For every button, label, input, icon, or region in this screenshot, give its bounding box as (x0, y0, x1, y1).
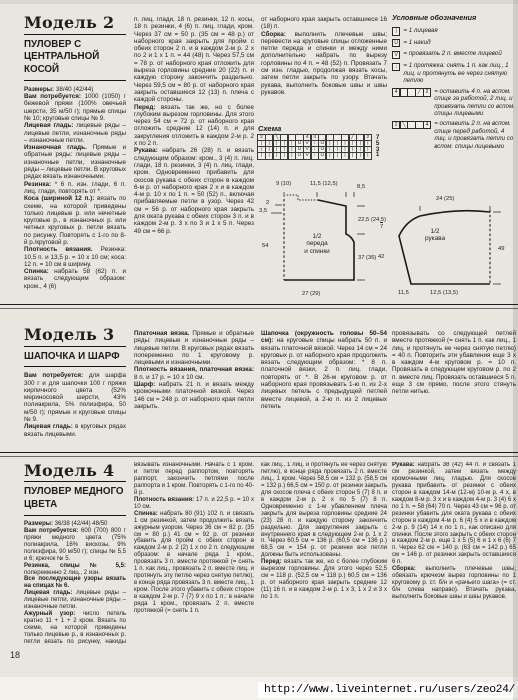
section-divider-1 (0, 304, 518, 309)
paragraph-text: п. лиц. глади, 18 п. резинки, 12 п. косы… (134, 16, 254, 103)
legend-item: ↓= 1 протяжка: снять 1 п. как лиц., 1 ли… (392, 62, 516, 84)
model-4-col-1-text: Размеры: 36/38 (42/44) 48/50Вам потребуе… (24, 521, 126, 644)
paragraph-text: провязывать со следующей петлей вместе п… (392, 330, 516, 395)
model-3-column-2: Платочная вязка. Прямые и обратные ряды:… (134, 330, 254, 448)
legend-item: 2╲4= оставить 2 п. на вспом. спице перед… (392, 120, 516, 150)
paragraph-text: 8 п. и 17 р. = 10 х 10 см. (134, 374, 204, 381)
paragraph-text: вязать так же, но с более глубоким вырез… (134, 104, 254, 147)
paragraph: Лицевая гладь: в круговых рядах вязать л… (24, 423, 126, 438)
paragraph-lead: Резинка: (24, 181, 55, 188)
stitch-symbol-icon: | (392, 27, 400, 35)
paragraph: Лицевая гладь: лицевые ряды – лицевые пе… (24, 590, 126, 611)
paragraph-lead: Сборка: (261, 31, 295, 38)
chart-grid: 2╲44╱27|||||UV↓U||||||5|||||UV↓U||||||3|… (258, 135, 378, 158)
paragraph: Вам потребуется: для шарфа 300 г и для ш… (24, 372, 126, 423)
paragraph-lead: Рукава: (392, 462, 417, 468)
sleeve-label-2: рукава (410, 235, 460, 242)
paragraph-lead: Размеры: (24, 521, 55, 527)
page-number: 18 (10, 650, 20, 660)
paragraph: Плотность вязания. Резинка: 10,5 п. и 13… (24, 246, 126, 268)
legend-item: 4╱2= оставить 4 п. на вспом. спице за ра… (392, 88, 516, 118)
paragraph: Резинка: * 6 п. изн. глади, 6 п. лиц. гл… (24, 181, 126, 196)
symbol-cell: V (392, 51, 400, 59)
sleeve-label: 1/2 рукава (410, 228, 460, 243)
dim-sleeve-top: 24 (25) (436, 196, 454, 202)
paragraph-lead: Сборка: (392, 566, 425, 572)
paragraph: Вам потребуется: 1000 (1050) г бежевой п… (24, 93, 126, 122)
paragraph-text: выполнить плечевые швы; перевести на кру… (261, 31, 387, 96)
model-3-col-1-text: Вам потребуется: для шарфа 300 г и для ш… (24, 372, 126, 438)
chart-row: |||||UV↓U||||||1 (258, 152, 378, 158)
symbol-cell: ↓ (392, 63, 400, 71)
paragraph-text: как лиц., 1 лиц. и протянуть ее через сн… (261, 462, 387, 558)
stitch-symbol-icon: U (392, 39, 400, 47)
source-url[interactable]: http://www.liveinternet.ru/users/zeo24/ (258, 682, 518, 698)
stitch-symbol-icon: 4╱2 (392, 88, 431, 96)
model-4-column-2: вязывать изнаночными. Начать с 1 кром. и… (134, 462, 254, 674)
chart-label: Схема (258, 124, 378, 133)
paragraph-lead: Все последующие узоры вязать на спицах №… (24, 576, 126, 589)
dim-sleeve-cap: 7 (380, 222, 383, 230)
model-2-column-1: Модель 2 ПУЛОВЕР С ЦЕНТРАЛЬНОЙ КОСОЙ Раз… (24, 14, 126, 302)
paragraph-lead: Платочная вязка. (134, 330, 192, 337)
paragraph-lead: Вам потребуется: (24, 528, 81, 534)
paragraph: Плотность вязания: 17 п. и 22,5 р. = 10 … (134, 497, 254, 511)
diagram-sleeve: 24 (25) 7 42 49 11,5 12,5 (13,5) 1/2 рук… (372, 196, 518, 300)
paragraph: Перед: вязать так же, но с более глубоки… (261, 559, 387, 601)
model-3-column-3: Шапочка (окружность головы 50–54 см): на… (261, 330, 387, 448)
paragraph-text: на круговые спицы набрать 50 п. и вязать… (261, 337, 387, 410)
paragraph-text: набрать 80 (91) 102 п. и связать 1 см ре… (134, 511, 254, 614)
dim-front-top-right: 8,5 (357, 184, 365, 190)
symbol-cell: 4 (423, 121, 431, 129)
model-2-col-1-text: Размеры: 38/40 (42/44)Вам потребуется: 1… (24, 86, 126, 290)
paragraph: Шапочка (окружность головы 50–54 см): на… (261, 330, 387, 410)
paragraph-lead: Лицевая гладь: (24, 423, 75, 430)
paragraph-text: попеременно 2 лиц., 2 изн. (24, 570, 100, 576)
paragraph-lead: Размеры: (24, 86, 56, 93)
legend-item: |= 1 лицевая (392, 27, 516, 36)
section-divider-2 (0, 452, 518, 457)
symbol-cell: U (392, 39, 400, 47)
model-4-column-3: как лиц., 1 лиц. и протянуть ее через сн… (261, 462, 387, 674)
front-label-3: и спинки (288, 248, 346, 255)
paragraph-lead: Вам потребуется: (24, 93, 84, 100)
paragraph: Платочная вязка. Прямые и обратные ряды:… (134, 330, 254, 366)
chart-row-number: 1 (376, 152, 379, 158)
paragraph: Перед: вязать так же, но с более глубоки… (134, 104, 254, 148)
cable-chart: Схема 2╲44╱27|||||UV↓U||||||5|||||UV↓U||… (258, 124, 378, 158)
model-2-title: Модель 2 (24, 14, 126, 35)
paragraph: Вам потребуется: 600 (700) 800 г пряжи м… (24, 528, 126, 563)
stitch-legend: Условные обозначения |= 1 лицеваяU= 1 на… (392, 14, 516, 174)
legend-text: = оставить 2 п. на вспом. спице перед ра… (434, 120, 516, 150)
paragraph: Все последующие узоры вязать на спицах №… (24, 576, 126, 590)
paragraph: Ажурный узор: число петель кратно 11 + 1… (24, 611, 126, 644)
magazine-page: Модель 2 ПУЛОВЕР С ЦЕНТРАЛЬНОЙ КОСОЙ Раз… (0, 0, 518, 700)
paragraph: Коса (шириной 12 п.): вязать по схеме, н… (24, 195, 126, 246)
chart-cell: | (364, 152, 372, 160)
paragraph-lead: Вам потребуется: (24, 372, 89, 379)
paragraph-text: 36/38 (42/44) 48/50 (55, 521, 108, 527)
legend-text: = 1 накид (403, 39, 430, 46)
paragraph-text: для шарфа 300 г и для шапочки 100 г пряж… (24, 372, 126, 423)
model-2-column-2: п. лиц. глади, 18 п. резинки, 12 п. косы… (134, 16, 254, 300)
model-4-column-1: Модель 4 ПУЛОВЕР МЕДНОГО ЦВЕТА Размеры: … (24, 462, 126, 644)
model-3-column-4: провязывать со следующей петлей вместе п… (392, 330, 516, 448)
paragraph-text: вязать по схеме, на которой приведены то… (24, 195, 126, 246)
paragraph-text: от наборного края закрыть оставшиеся 16 … (261, 16, 387, 30)
legend-item: U= 1 накид (392, 39, 516, 48)
paragraph-lead: Плотность вязания, платочная вязка: (134, 366, 254, 373)
paragraph-lead: Ажурный узор: (24, 611, 83, 617)
stitch-symbol-icon: ↓ (392, 63, 400, 71)
paragraph: п. лиц. глади, 18 п. резинки, 12 п. косы… (134, 16, 254, 104)
dim-front-top-mid: 11,5 (12,5) (310, 181, 338, 187)
legend-text: = 1 протяжка: снять 1 п. как лиц., 1 лиц… (403, 62, 516, 84)
model-2-subtitle: ПУЛОВЕР С ЦЕНТРАЛЬНОЙ КОСОЙ (24, 39, 126, 81)
legend-text: = провязать 2 п. вместе лицевой (403, 50, 501, 57)
legend-item: V= провязать 2 п. вместе лицевой (392, 50, 516, 59)
front-back-label: 1/2 переда и спинки (288, 233, 346, 255)
dim-front-top-left: 9 (10) (276, 181, 291, 187)
paragraph-text: набрать 38 (42) 44 п. и связать 1 см рез… (392, 462, 516, 565)
symbol-cell: 2 (423, 88, 431, 96)
paragraph: Спинка: набрать 58 (62) п. и вязать след… (24, 268, 126, 290)
model-3-column-1: Модель 3 ШАПОЧКА И ШАРФ Вам потребуется:… (24, 326, 126, 448)
paragraph-lead: Плотность вязания. (24, 246, 101, 253)
model-3-title: Модель 3 (24, 326, 126, 347)
paragraph: Размеры: 36/38 (42/44) 48/50 (24, 521, 126, 528)
paragraph: Шарф: набрать 21 п. и вязать между кромо… (134, 381, 254, 410)
legend-text: = 1 лицевая (403, 27, 437, 34)
paragraph-lead: Лицевая гладь: (24, 122, 76, 129)
dim-front-shoulder-drop: 3,5 (259, 208, 267, 214)
model-4-column-4: Рукава: набрать 38 (42) 44 п. и связать … (392, 462, 516, 674)
model-4-subtitle: ПУЛОВЕР МЕДНОГО ЦВЕТА (24, 486, 126, 515)
paragraph: Спинка: набрать 80 (91) 102 п. и связать… (134, 511, 254, 615)
stitch-symbol-icon: V (392, 51, 400, 59)
paragraph-lead: Рукава: (134, 147, 162, 154)
dim-sleeve-bottom: 12,5 (13,5) (430, 290, 458, 296)
stitch-symbol-icon: 2╲4 (392, 121, 431, 129)
model-4-title: Модель 4 (24, 462, 126, 482)
paragraph-text: вязывать изнаночными. Начать с 1 кром. и… (134, 462, 254, 496)
legend-items: |= 1 лицеваяU= 1 накидV= провязать 2 п. … (392, 27, 516, 150)
dim-front-bottom: 27 (29) (302, 291, 320, 297)
dim-sleeve-total: 49 (498, 246, 504, 252)
dim-front-length: 54 (262, 243, 268, 249)
sleeve-outline (372, 206, 518, 290)
paragraph: Сборка: выполнить плечевые швы; обвязать… (392, 566, 516, 601)
model-3-subtitle: ШАПОЧКА И ШАРФ (24, 351, 126, 368)
paragraph: провязывать со следующей петлей вместе п… (392, 330, 516, 396)
paragraph-text: набрать 26 (28) п. и вязать следующим об… (134, 147, 254, 234)
paragraph-lead: Перед: (134, 104, 161, 111)
paragraph: как лиц., 1 лиц. и протянуть ее через сн… (261, 462, 387, 559)
diagram-front-back: 9 (10) 11,5 (12,5) 8,5 2 3,5 54 22,5 (24… (254, 181, 390, 299)
dim-sleeve-length: 42 (378, 254, 384, 260)
paragraph-text: вязать так же, но с более глубоким вырез… (261, 559, 387, 600)
dim-front-neck-depth: 2 (266, 200, 269, 206)
paragraph: Плотность вязания, платочная вязка: 8 п.… (134, 366, 254, 381)
paragraph: Размеры: 38/40 (42/44) (24, 86, 126, 93)
paragraph: Изнаночная гладь. Прямые и обратные ряды… (24, 144, 126, 180)
paragraph: Лицевая гладь: лицевые ряды – лицевые пе… (24, 122, 126, 144)
paragraph: Рукава: набрать 38 (42) 44 п. и связать … (392, 462, 516, 566)
paragraph-text: 38/40 (42/44) (56, 86, 93, 93)
paragraph-lead: Лицевая гладь: (24, 590, 76, 596)
paragraph-lead: Резинка, спицы № 5,5: (24, 563, 126, 569)
paragraph: Рукава: набрать 26 (28) п. и вязать след… (134, 147, 254, 235)
paragraph-lead: Перед: (261, 559, 284, 565)
scan-edge-top (0, 0, 518, 4)
legend-text: = оставить 4 п. на вспом. спице за работ… (434, 88, 516, 118)
paragraph-lead: Спинка: (134, 511, 160, 517)
paragraph: от наборного края закрыть оставшиеся 16 … (261, 16, 387, 31)
paragraph-lead: Плотность вязания: (134, 497, 196, 503)
paragraph: Резинка, спицы № 5,5: попеременно 2 лиц.… (24, 563, 126, 577)
paragraph-lead: Коса (шириной 12 п.): (24, 195, 97, 202)
paragraph: Сборка: выполнить плечевые швы; перевест… (261, 31, 387, 97)
symbol-cell: | (392, 27, 400, 35)
scan-edge-right (513, 0, 518, 700)
sleeve-label-1: 1/2 (410, 228, 460, 235)
model-2-column-3: от наборного края закрыть оставшиеся 16 … (261, 16, 387, 124)
dim-sleeve-bottom-left: 11,5 (398, 290, 409, 296)
front-label-1: 1/2 (288, 233, 346, 240)
legend-heading: Условные обозначения (392, 14, 516, 23)
paragraph: вязывать изнаночными. Начать с 1 кром. и… (134, 462, 254, 497)
front-label-2: переда (288, 240, 346, 247)
